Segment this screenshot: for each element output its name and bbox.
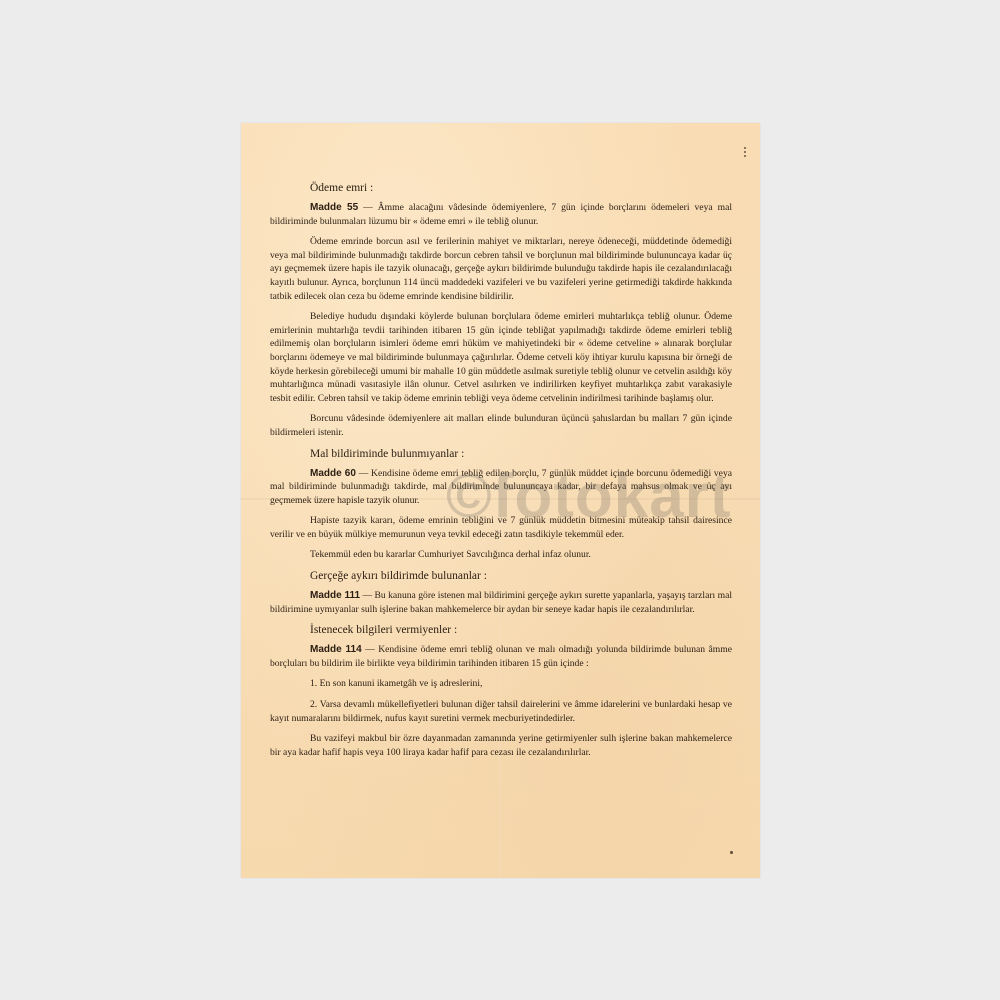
section-mal-bildirimi: Mal bildiriminde bulunmıyanlar : Madde 6…	[270, 447, 732, 563]
image-stage: Ödeme emri : Madde 55 — Âmme alacağını v…	[0, 0, 1000, 1000]
paragraph: Belediye hududu dışındaki köylerde bulun…	[270, 310, 732, 405]
document-page: Ödeme emri : Madde 55 — Âmme alacağını v…	[241, 123, 760, 878]
section-heading: Mal bildiriminde bulunmıyanlar :	[310, 447, 732, 461]
list-item: 2. Varsa devamlı mükellefiyetleri buluna…	[270, 698, 732, 725]
section-heading: Gerçeğe aykırı bildirimde bulunanlar :	[310, 569, 732, 583]
article-paragraph: Madde 114 — Kendisine ödeme emri tebliğ …	[270, 643, 732, 670]
section-odeme-emri: Ödeme emri : Madde 55 — Âmme alacağını v…	[270, 181, 732, 440]
article-label: Madde 55	[310, 202, 358, 213]
ink-speck	[730, 851, 733, 854]
section-heading: İstenecek bilgileri vermiyenler :	[310, 623, 732, 637]
paragraph: Hapiste tazyik kararı, ödeme emrinin teb…	[270, 514, 732, 541]
paragraph: Borcunu vâdesinde ödemiyenlere ait malla…	[270, 412, 732, 439]
article-paragraph: Madde 55 — Âmme alacağını vâdesinde ödem…	[270, 201, 732, 228]
paragraph: Bu vazifeyi makbul bir özre dayanmadan z…	[270, 732, 732, 759]
paragraph: Tekemmül eden bu kararlar Cumhuriyet Sav…	[270, 548, 732, 562]
section-heading: Ödeme emri :	[310, 181, 732, 195]
article-label: Madde 114	[310, 644, 362, 655]
paragraph: Ödeme emrinde borcun asıl ve ferilerinin…	[270, 235, 732, 303]
article-paragraph: Madde 111 — Bu kanuna göre istenen mal b…	[270, 589, 732, 616]
list-item: 1. En son kanuni ikametgâh ve iş adresle…	[270, 677, 732, 691]
section-istenecek-bilgiler: İstenecek bilgileri vermiyenler : Madde …	[270, 623, 732, 759]
article-label: Madde 60	[310, 468, 356, 479]
document-body: Ödeme emri : Madde 55 — Âmme alacağını v…	[270, 181, 732, 766]
article-paragraph: Madde 60 — Kendisine ödeme emri tebliğ e…	[270, 467, 732, 508]
section-gercege-aykiri: Gerçeğe aykırı bildirimde bulunanlar : M…	[270, 569, 732, 616]
ink-mark	[744, 147, 746, 159]
article-label: Madde 111	[310, 590, 360, 601]
